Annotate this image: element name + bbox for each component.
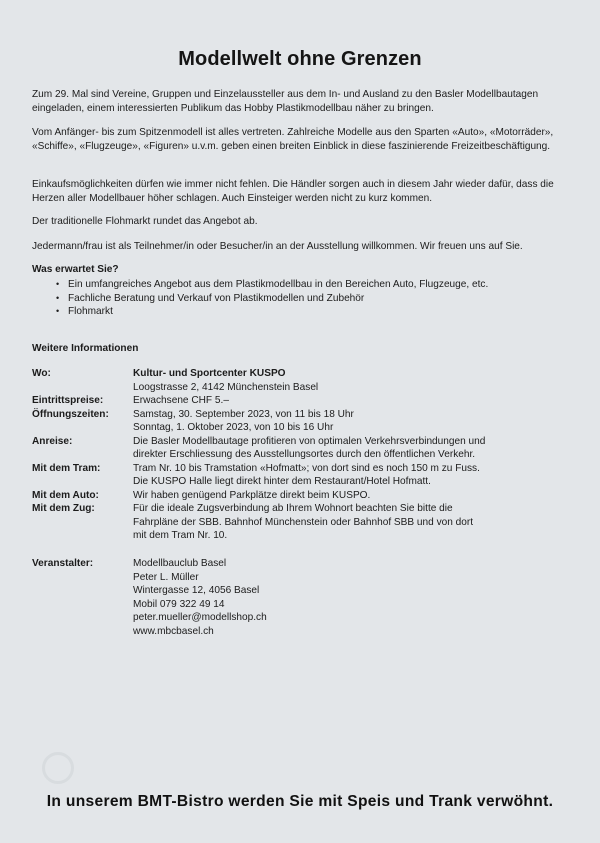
- organizer-block: Veranstalter: Modellbauclub Basel Peter …: [32, 557, 592, 638]
- info-table: Wo: Kultur- und Sportcenter KUSPO Loogst…: [32, 367, 592, 543]
- organizer-website: www.mbcbasel.ch: [133, 625, 592, 639]
- list-item: •Fachliche Beratung und Verkauf von Plas…: [52, 292, 488, 306]
- bullet-icon: •: [56, 305, 59, 319]
- info-value: Erwachsene CHF 5.–: [133, 394, 592, 408]
- page-title: Modellwelt ohne Grenzen: [0, 48, 600, 71]
- bullet-icon: •: [56, 292, 59, 306]
- info-label: Mit dem Zug:: [32, 502, 133, 543]
- info-label: Mit dem Tram:: [32, 462, 133, 489]
- info-heading: Weitere Informationen: [32, 343, 138, 354]
- info-label: Wo:: [32, 367, 133, 394]
- bleedthrough-logo-icon: [42, 752, 74, 784]
- info-value: Tram Nr. 10 bis Tramstation «Hofmatt»; v…: [133, 462, 592, 489]
- info-label: Anreise:: [32, 435, 133, 462]
- info-row-location: Wo: Kultur- und Sportcenter KUSPO Loogst…: [32, 367, 592, 394]
- shopping-paragraph: Einkaufsmöglichkeiten dürfen wie immer n…: [32, 178, 577, 205]
- info-value: Kultur- und Sportcenter KUSPO Loogstrass…: [133, 367, 592, 394]
- info-row-car: Mit dem Auto: Wir haben genügend Parkplä…: [32, 489, 592, 503]
- organizer-contact-name: Peter L. Müller: [133, 571, 592, 585]
- info-row-hours: Öffnungszeiten: Samstag, 30. September 2…: [32, 408, 592, 435]
- organizer-phone: Mobil 079 322 49 14: [133, 598, 592, 612]
- info-row-prices: Eintrittspreise: Erwachsene CHF 5.–: [32, 394, 592, 408]
- info-row-train: Mit dem Zug: Für die ideale Zugsverbindu…: [32, 502, 592, 543]
- bistro-footer: In unserem BMT-Bistro werden Sie mit Spe…: [0, 793, 600, 811]
- expect-list: •Ein umfangreiches Angebot aus dem Plast…: [52, 278, 488, 319]
- info-row-arrival: Anreise: Die Basler Modellbautage profit…: [32, 435, 592, 462]
- organizer-club: Modellbauclub Basel: [133, 557, 592, 571]
- list-item: •Ein umfangreiches Angebot aus dem Plast…: [52, 278, 488, 292]
- info-label: Eintrittspreise:: [32, 394, 133, 408]
- intro-paragraph: Zum 29. Mal sind Vereine, Gruppen und Ei…: [32, 88, 577, 115]
- info-value: Samstag, 30. September 2023, von 11 bis …: [133, 408, 592, 435]
- info-value: Die Basler Modellbautage profitieren von…: [133, 435, 592, 462]
- info-value: Wir haben genügend Parkplätze direkt bei…: [133, 489, 592, 503]
- bullet-icon: •: [56, 278, 59, 292]
- organizer-address: Wintergasse 12, 4056 Basel: [133, 584, 592, 598]
- info-row-organizer: Veranstalter: Modellbauclub Basel Peter …: [32, 557, 592, 638]
- list-item: •Flohmarkt: [52, 305, 488, 319]
- info-row-tram: Mit dem Tram: Tram Nr. 10 bis Tramstatio…: [32, 462, 592, 489]
- organizer-email: peter.mueller@modellshop.ch: [133, 611, 592, 625]
- models-paragraph: Vom Anfänger- bis zum Spitzenmodell ist …: [32, 126, 577, 153]
- info-value: Für die ideale Zugsverbindung ab Ihrem W…: [133, 502, 592, 543]
- organizer-label: Veranstalter:: [32, 557, 133, 638]
- fleamarket-paragraph: Der traditionelle Flohmarkt rundet das A…: [32, 215, 577, 229]
- info-label: Öffnungszeiten:: [32, 408, 133, 435]
- flyer-page: Modellwelt ohne Grenzen Zum 29. Mal sind…: [0, 0, 600, 843]
- welcome-paragraph: Jedermann/frau ist als Teilnehmer/in ode…: [32, 240, 577, 254]
- organizer-details: Modellbauclub Basel Peter L. Müller Wint…: [133, 557, 592, 638]
- expect-heading: Was erwartet Sie?: [32, 264, 119, 275]
- info-label: Mit dem Auto:: [32, 489, 133, 503]
